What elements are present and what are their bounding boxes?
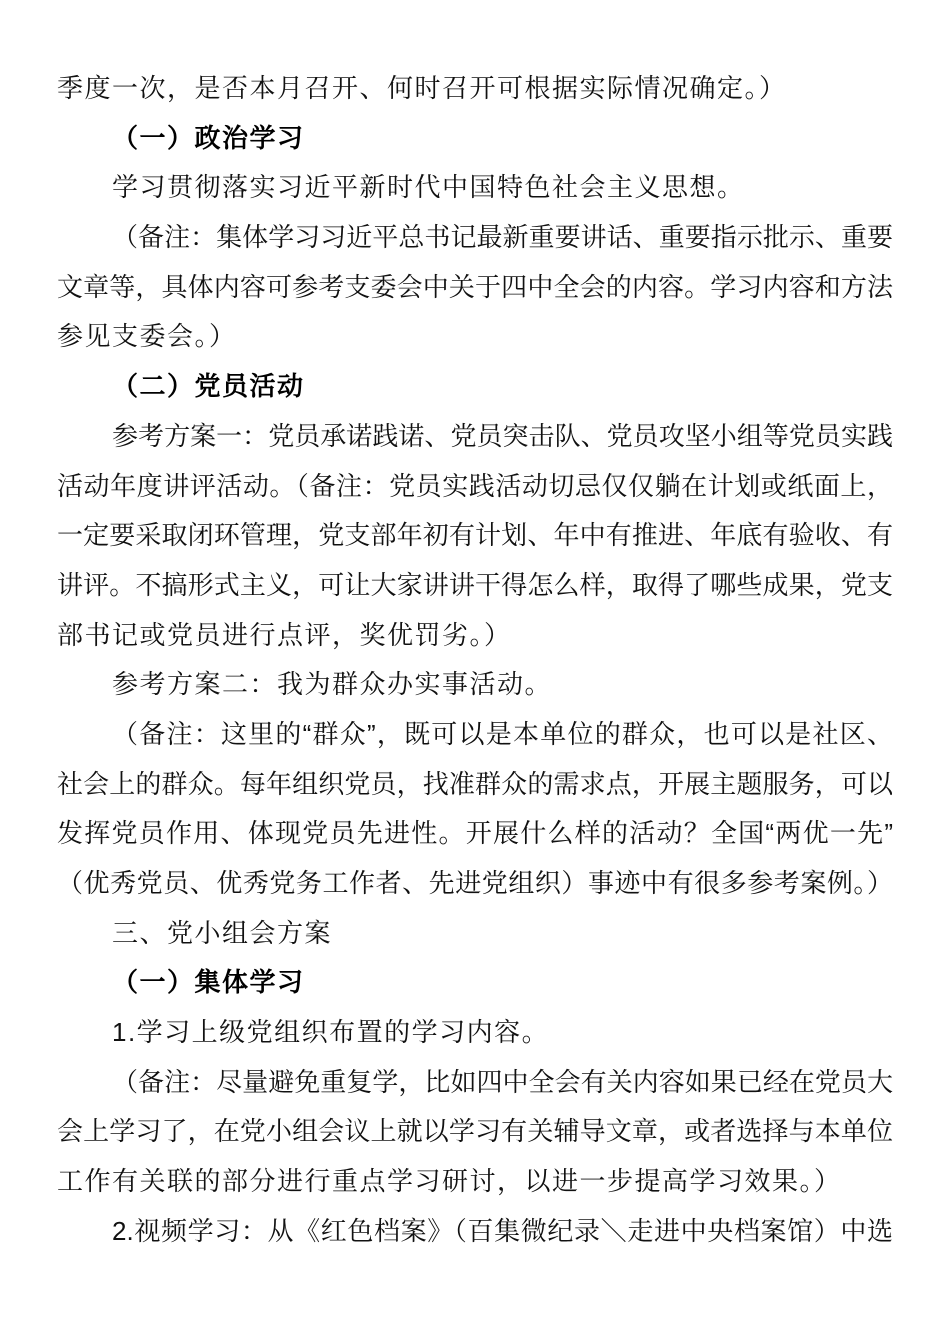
text-line: 参考方案一：党员承诺践诺、党员突击队、党员攻坚小组等党员实践 xyxy=(57,412,893,462)
text-line: 2.视频学习：从《红色档案》（百集微纪录＼走进中央档案馆）中选 xyxy=(57,1207,893,1257)
section-heading: 三、党小组会方案 xyxy=(57,909,893,959)
text-line: 文章等，具体内容可参考支委会中关于四中全会的内容。学习内容和方法 xyxy=(57,263,893,313)
text-line: 参见支委会。） xyxy=(57,312,893,362)
text-line: 一定要采取闭环管理，党支部年初有计划、年中有推进、年底有验收、有 xyxy=(57,511,893,561)
document-page: 季度一次，是否本月召开、何时召开可根据实际情况确定。） （一）政治学习 学习贯彻… xyxy=(0,0,950,1344)
text-line: 工作有关联的部分进行重点学习研讨，以进一步提高学习效果。） xyxy=(57,1157,893,1207)
text-line: 讲评。不搞形式主义，可让大家讲讲干得怎么样，取得了哪些成果，党支 xyxy=(57,561,893,611)
subsection-heading: （一）政治学习 xyxy=(57,114,893,164)
text-line: （优秀党员、优秀党务工作者、先进党组织）事迹中有很多参考案例。） xyxy=(57,859,893,909)
document-text-block: 季度一次，是否本月召开、何时召开可根据实际情况确定。） （一）政治学习 学习贯彻… xyxy=(57,64,893,1257)
subsection-heading: （二）党员活动 xyxy=(57,362,893,412)
text-line: 参考方案二：我为群众办实事活动。 xyxy=(57,660,893,710)
text-line: 发挥党员作用、体现党员先进性。开展什么样的活动？全国“两优一先” xyxy=(57,809,893,859)
text-line: 学习贯彻落实习近平新时代中国特色社会主义思想。 xyxy=(57,163,893,213)
text-line: 活动年度讲评活动。（备注：党员实践活动切忌仅仅躺在计划或纸面上， xyxy=(57,462,893,512)
text-line: 会上学习了，在党小组会议上就以学习有关辅导文章，或者选择与本单位 xyxy=(57,1107,893,1157)
text-line: （备注：尽量避免重复学，比如四中全会有关内容如果已经在党员大 xyxy=(57,1058,893,1108)
text-line: 1.学习上级党组织布置的学习内容。 xyxy=(57,1008,893,1058)
text-line: （备注：这里的“群众”，既可以是本单位的群众，也可以是社区、 xyxy=(57,710,893,760)
text-line: 社会上的群众。每年组织党员，找准群众的需求点，开展主题服务，可以 xyxy=(57,760,893,810)
text-line: 部书记或党员进行点评，奖优罚劣。） xyxy=(57,611,893,661)
subsection-heading: （一）集体学习 xyxy=(57,958,893,1008)
text-line: 季度一次，是否本月召开、何时召开可根据实际情况确定。） xyxy=(57,64,893,114)
text-line: （备注：集体学习习近平总书记最新重要讲话、重要指示批示、重要 xyxy=(57,213,893,263)
